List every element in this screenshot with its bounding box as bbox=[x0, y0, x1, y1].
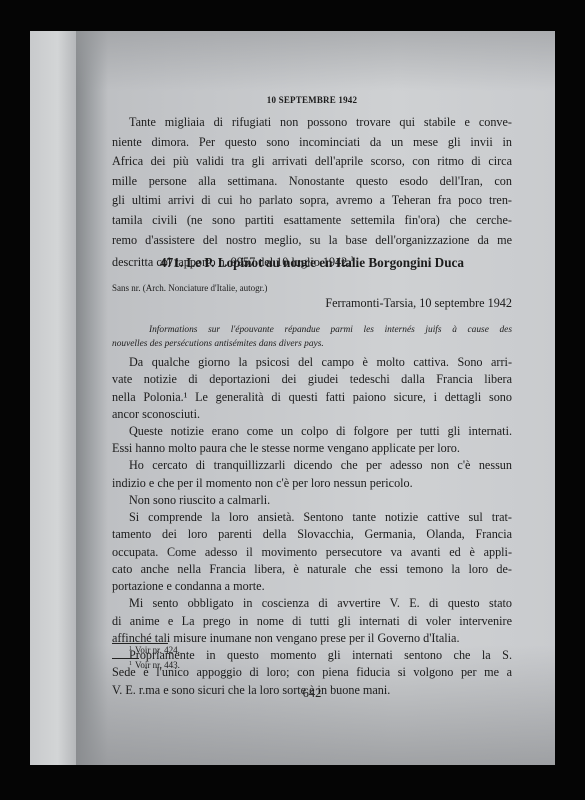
text-line: Africa dei più validi tra gli arrivati d… bbox=[112, 152, 512, 172]
footnote-rule-2 bbox=[112, 658, 139, 659]
document-place-date: Ferramonti-Tarsia, 10 septembre 1942 bbox=[325, 296, 512, 311]
text-line: remo d'assistere del nostro meglio, su l… bbox=[112, 231, 512, 251]
text-line: Essi hanno molto paura che le stesse nor… bbox=[112, 440, 512, 457]
text-line: mille persone alla settimana. Nonostante… bbox=[112, 172, 512, 192]
text-line: niente dimora. Per questo sono incominci… bbox=[112, 133, 512, 153]
body-paragraph: Non sono riuscito a calmarli. bbox=[112, 492, 512, 509]
scan-shading-top bbox=[76, 31, 555, 91]
footnote-2: 1Voir nr. 443. bbox=[129, 660, 180, 670]
summary-line: nouvelles des persécutions antisémites d… bbox=[112, 337, 512, 351]
text-line: Queste notizie erano come un colpo di fo… bbox=[112, 423, 512, 440]
text-line: indizio e che per il momento non c'è per… bbox=[112, 475, 512, 492]
body-paragraph: Mi sento obbligato in coscienza di avver… bbox=[112, 595, 512, 647]
text-line: gli ultimi arrivi di cui ho parlato sopr… bbox=[112, 191, 512, 211]
footnote-text: Voir nr. 443. bbox=[135, 660, 180, 670]
text-line: Ho cercato di tranquillizzarli dicendo c… bbox=[112, 457, 512, 474]
scanned-page: 10 SEPTEMBRE 1942 Tante migliaia di rifu… bbox=[30, 31, 555, 765]
text-line: Da qualche giorno la psicosi del campo è… bbox=[112, 354, 512, 371]
text-line: cato anche nella Francia libera, è natur… bbox=[112, 561, 512, 578]
page-number: 642 bbox=[112, 686, 512, 701]
document-summary: Informations sur l'épouvante répandue pa… bbox=[112, 323, 512, 351]
summary-line: Informations sur l'épouvante répandue pa… bbox=[112, 323, 512, 337]
running-head: 10 SEPTEMBRE 1942 bbox=[112, 95, 512, 105]
text-line: ancor sconosciuti. bbox=[112, 406, 512, 423]
text-line: occupata. Come adesso il movimento perse… bbox=[112, 544, 512, 561]
text-line: Si comprende la loro ansietà. Sentono ta… bbox=[112, 509, 512, 526]
footnote-mark: 1 bbox=[129, 646, 132, 652]
text-line: Tante migliaia di rifugiati non possono … bbox=[112, 113, 512, 133]
body-paragraph: Si comprende la loro ansietà. Sentono ta… bbox=[112, 509, 512, 595]
body-paragraph: Ho cercato di tranquillizzarli dicendo c… bbox=[112, 457, 512, 492]
text-line: di anime e La prego in nome di tutti gli… bbox=[112, 613, 512, 630]
text-line: nella Polonia.¹ Le generalità di questi … bbox=[112, 389, 512, 406]
footnote-mark: 1 bbox=[129, 661, 132, 667]
footnote-1: 1Voir nr. 424. bbox=[129, 645, 180, 655]
footnote-rule-1 bbox=[112, 643, 168, 644]
document-source: Sans nr. (Arch. Nonciature d'Italie, aut… bbox=[112, 283, 267, 293]
text-line: portazione e condanna a morte. bbox=[112, 578, 512, 595]
text-line: Non sono riuscito a calmarli. bbox=[112, 492, 512, 509]
text-line: tamento dei loro parenti della Slovacchi… bbox=[112, 526, 512, 543]
body-paragraph: Queste notizie erano come un colpo di fo… bbox=[112, 423, 512, 458]
text-line: Mi sento obbligato in coscienza di avver… bbox=[112, 595, 512, 612]
opening-paragraph: Tante migliaia di rifugiati non possono … bbox=[112, 113, 512, 273]
body-paragraph: Da qualche giorno la psicosi del campo è… bbox=[112, 354, 512, 423]
text-line: vate notizie di deportazioni dei giudei … bbox=[112, 371, 512, 388]
footnote-text: Voir nr. 424. bbox=[135, 645, 180, 655]
page-edge-strip bbox=[30, 31, 76, 765]
document-title: 471. Le P. Lopinot au nonce en Italie Bo… bbox=[112, 255, 512, 271]
text-line: tamila civili (ne sono partiti esattamen… bbox=[112, 211, 512, 231]
